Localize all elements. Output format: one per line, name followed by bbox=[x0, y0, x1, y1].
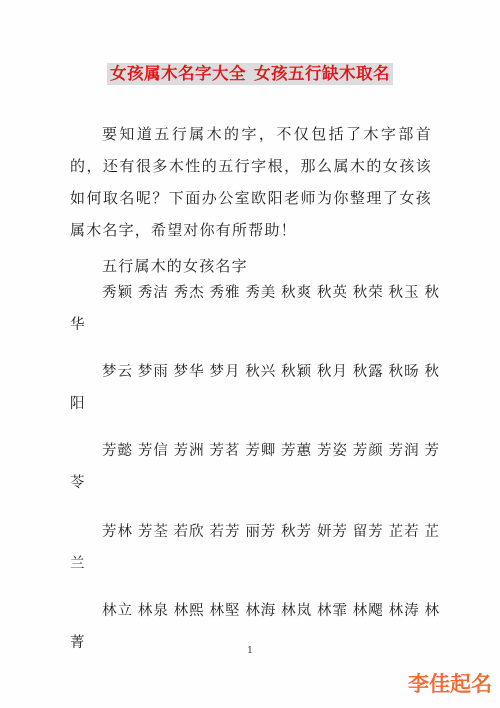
name-item: 梦华 bbox=[174, 357, 205, 387]
name-item: 林堅 bbox=[209, 596, 240, 626]
watermark-logo: 李佳起名 bbox=[408, 668, 492, 698]
name-item: 留芳 bbox=[353, 517, 384, 547]
name-item: 秋 bbox=[424, 278, 440, 308]
name-list: 芳林 芳荃 若欣 若芳 丽芳 秋芳 妍芳 留芳 芷若 芷 bbox=[70, 517, 440, 547]
name-item: 林岚 bbox=[281, 596, 312, 626]
name-group-1: 秀颖 秀洁 秀杰 秀雅 秀美 秋爽 秋英 秋荣 秋玉 秋 华 bbox=[70, 278, 440, 340]
name-item: 林飔 bbox=[353, 596, 384, 626]
name-item: 梦雨 bbox=[138, 357, 169, 387]
name-group-4: 芳林 芳荃 若欣 若芳 丽芳 秋芳 妍芳 留芳 芷若 芷 兰 bbox=[70, 517, 440, 579]
name-item: 芳润 bbox=[389, 436, 420, 466]
name-item: 秋荣 bbox=[353, 278, 384, 308]
name-item: 芳林 bbox=[102, 517, 133, 547]
name-item: 秋露 bbox=[353, 357, 384, 387]
name-item: 芳洲 bbox=[174, 436, 205, 466]
name-list: 秀颖 秀洁 秀杰 秀雅 秀美 秋爽 秋英 秋荣 秋玉 秋 bbox=[70, 278, 440, 308]
name-item: 秋爽 bbox=[281, 278, 312, 308]
name-group-3: 芳懿 芳信 芳洲 芳茗 芳卿 芳蕙 芳姿 芳颜 芳润 芳 苓 bbox=[70, 436, 440, 498]
name-wrap: 苓 bbox=[70, 468, 440, 498]
name-item: 秀雅 bbox=[209, 278, 240, 308]
name-item: 芳茗 bbox=[209, 436, 240, 466]
name-item: 芳懿 bbox=[102, 436, 133, 466]
name-item: 芳颜 bbox=[353, 436, 384, 466]
name-item: 林立 bbox=[102, 596, 133, 626]
document-title: 女孩属木名字大全女孩五行缺木取名 bbox=[107, 63, 393, 85]
document-page: 女孩属木名字大全女孩五行缺木取名 要知道五行属木的字，不仅包括了木字部首的，还有… bbox=[0, 0, 500, 708]
name-item: 芳荃 bbox=[138, 517, 169, 547]
section-heading: 五行属木的女孩名字 bbox=[102, 254, 248, 278]
name-item: 若芳 bbox=[209, 517, 240, 547]
title-part-2: 女孩五行缺木取名 bbox=[254, 64, 390, 83]
name-item: 秋颖 bbox=[281, 357, 312, 387]
name-item: 林 bbox=[424, 596, 440, 626]
name-item: 芳 bbox=[424, 436, 440, 466]
name-item: 秀颖 bbox=[102, 278, 133, 308]
name-wrap: 阳 bbox=[70, 389, 440, 419]
name-item: 林熙 bbox=[174, 596, 205, 626]
name-item: 芳蕙 bbox=[281, 436, 312, 466]
name-item: 芷若 bbox=[389, 517, 420, 547]
name-wrap: 兰 bbox=[70, 549, 440, 579]
title-container: 女孩属木名字大全女孩五行缺木取名 bbox=[0, 63, 500, 85]
name-list: 梦云 梦雨 梦华 梦月 秋兴 秋颖 秋月 秋露 秋旸 秋 bbox=[70, 357, 440, 387]
name-group-2: 梦云 梦雨 梦华 梦月 秋兴 秋颖 秋月 秋露 秋旸 秋 阳 bbox=[70, 357, 440, 419]
name-item: 秋玉 bbox=[389, 278, 420, 308]
name-item: 林涛 bbox=[389, 596, 420, 626]
name-item: 芳姿 bbox=[317, 436, 348, 466]
name-item: 芳卿 bbox=[245, 436, 276, 466]
name-item: 林霏 bbox=[317, 596, 348, 626]
name-item: 芳信 bbox=[138, 436, 169, 466]
page-number: 1 bbox=[0, 646, 500, 656]
name-item: 秋英 bbox=[317, 278, 348, 308]
intro-paragraph: 要知道五行属木的字，不仅包括了木字部首的，还有很多木性的五行字根，那么属木的女孩… bbox=[70, 118, 432, 246]
name-item: 秋月 bbox=[317, 357, 348, 387]
name-list: 芳懿 芳信 芳洲 芳茗 芳卿 芳蕙 芳姿 芳颜 芳润 芳 bbox=[70, 436, 440, 466]
name-item: 秋兴 bbox=[245, 357, 276, 387]
name-item: 秋旸 bbox=[389, 357, 420, 387]
name-item: 林海 bbox=[245, 596, 276, 626]
name-item: 妍芳 bbox=[317, 517, 348, 547]
name-item: 芷 bbox=[424, 517, 440, 547]
name-item: 梦云 bbox=[102, 357, 133, 387]
name-item: 若欣 bbox=[174, 517, 205, 547]
name-item: 丽芳 bbox=[245, 517, 276, 547]
name-wrap: 华 bbox=[70, 310, 440, 340]
name-item: 秋芳 bbox=[281, 517, 312, 547]
name-item: 秀美 bbox=[245, 278, 276, 308]
name-item: 秀洁 bbox=[138, 278, 169, 308]
name-item: 梦月 bbox=[209, 357, 240, 387]
title-part-1: 女孩属木名字大全 bbox=[110, 64, 246, 83]
name-item: 林泉 bbox=[138, 596, 169, 626]
intro-block: 要知道五行属木的字，不仅包括了木字部首的，还有很多木性的五行字根，那么属木的女孩… bbox=[70, 118, 432, 246]
name-item: 秀杰 bbox=[174, 278, 205, 308]
name-item: 秋 bbox=[424, 357, 440, 387]
name-list: 林立 林泉 林熙 林堅 林海 林岚 林霏 林飔 林涛 林 bbox=[70, 596, 440, 626]
